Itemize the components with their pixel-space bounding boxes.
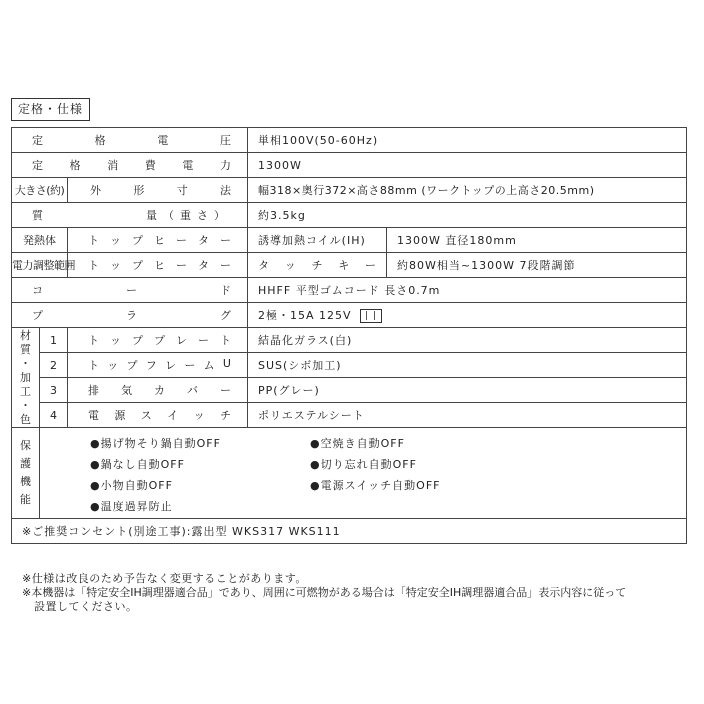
- materials-group-label: 材 質 ・ 加 工 ・ 色: [12, 328, 40, 428]
- heater-type-value: 誘導加熱コイル(IH): [248, 228, 387, 253]
- power-range-group-label: 電力調整範囲: [12, 253, 68, 278]
- row-rated-voltage: 定 格 電 圧 単相100V(50-60Hz): [12, 128, 687, 153]
- protection-item: ●揚げ物そり鍋自動OFF: [90, 435, 310, 452]
- power-range-control: タ ッ チ キ ー: [248, 257, 386, 273]
- plug-value: 2極・15A 125V | |: [248, 303, 687, 328]
- spec-table: 定 格 電 圧 単相100V(50-60Hz) 定 格 消 費 電 力 1300…: [11, 127, 687, 544]
- outlet-note: ※ご推奨コンセント(別途工事):露出型 WKS317 WKS111: [12, 519, 687, 544]
- row-rated-power: 定 格 消 費 電 力 1300W: [12, 153, 687, 178]
- heater-group-label: 発熱体: [12, 228, 68, 253]
- material-row: 材 質 ・ 加 工 ・ 色 1 ト ッ プ プ レ ー ト 結晶化ガラス(白): [12, 328, 687, 353]
- material-row: 2 ト ッ プ フ レ ー ム U SUS(シボ加工): [12, 353, 687, 378]
- rated-power-label: 定 格 消 費 電 力: [12, 157, 247, 173]
- rated-voltage-label: 定 格 電 圧: [12, 132, 247, 148]
- row-outlet-note: ※ご推奨コンセント(別途工事):露出型 WKS317 WKS111: [12, 519, 687, 544]
- row-power-range: 電力調整範囲 ト ッ プ ヒ ー タ ー タ ッ チ キ ー 約80W相当~13…: [12, 253, 687, 278]
- material-number: 3: [40, 378, 68, 403]
- heater-label: ト ッ プ ヒ ー タ ー: [68, 232, 247, 248]
- protection-item: ●切り忘れ自動OFF: [310, 456, 510, 473]
- protection-item: ●鍋なし自動OFF: [90, 456, 310, 473]
- weight-label: 質 量（重さ）: [12, 207, 247, 223]
- material-label: 電 源 ス イ ッ チ: [68, 407, 247, 423]
- footnote: ※仕様は改良のため予告なく変更することがあります。: [22, 572, 626, 586]
- rated-power-value: 1300W: [248, 153, 687, 178]
- protection-item: ●電源スイッチ自動OFF: [310, 477, 510, 494]
- footnote: 設置してください。: [22, 600, 626, 614]
- material-row: 3 排 気 カ バ ー PP(グレー): [12, 378, 687, 403]
- power-range-label: ト ッ プ ヒ ー タ ー: [68, 257, 247, 273]
- plug-symbol-icon: | |: [360, 309, 382, 323]
- dimensions-label: 外 形 寸 法: [68, 182, 247, 198]
- protection-item: [310, 498, 510, 515]
- material-number: 2: [40, 353, 68, 378]
- material-value: SUS(シボ加工): [248, 353, 687, 378]
- material-label: ト ッ プ フ レ ー ム U: [68, 357, 247, 373]
- plug-label: プ ラ グ: [12, 307, 247, 323]
- power-range-value: 約80W相当~1300W 7段階調節: [387, 253, 687, 278]
- weight-value: 約3.5kg: [248, 203, 687, 228]
- section-title: 定格・仕様: [11, 98, 90, 121]
- protection-group-label: 保 護 機 能: [12, 428, 40, 519]
- row-cord: コ ー ド HHFF 平型ゴムコード 長さ0.7m: [12, 278, 687, 303]
- row-protection: 保 護 機 能 ●揚げ物そり鍋自動OFF ●空焼き自動OFF ●鍋なし自動OFF…: [12, 428, 687, 519]
- dimensions-group-label: 大きさ(約): [12, 178, 68, 203]
- protection-item: ●空焼き自動OFF: [310, 435, 510, 452]
- cord-value: HHFF 平型ゴムコード 長さ0.7m: [248, 278, 687, 303]
- material-label: 排 気 カ バ ー: [68, 382, 247, 398]
- material-number: 4: [40, 403, 68, 428]
- row-weight: 質 量（重さ） 約3.5kg: [12, 203, 687, 228]
- heater-spec-value: 1300W 直径180mm: [387, 228, 687, 253]
- protection-item: ●小物自動OFF: [90, 477, 310, 494]
- material-value: 結晶化ガラス(白): [248, 328, 687, 353]
- row-heater: 発熱体 ト ッ プ ヒ ー タ ー 誘導加熱コイル(IH) 1300W 直径18…: [12, 228, 687, 253]
- material-value: PP(グレー): [248, 378, 687, 403]
- rated-voltage-value: 単相100V(50-60Hz): [248, 128, 687, 153]
- material-row: 4 電 源 ス イ ッ チ ポリエステルシート: [12, 403, 687, 428]
- material-number: 1: [40, 328, 68, 353]
- footnote: ※本機器は「特定安全IH調理器適合品」であり、周囲に可燃物がある場合は「特定安全…: [22, 586, 626, 600]
- cord-label: コ ー ド: [12, 282, 247, 298]
- protection-list: ●揚げ物そり鍋自動OFF ●空焼き自動OFF ●鍋なし自動OFF ●切り忘れ自動…: [40, 432, 686, 515]
- row-dimensions: 大きさ(約) 外 形 寸 法 幅318×奥行372×高さ88mm (ワークトップ…: [12, 178, 687, 203]
- material-value: ポリエステルシート: [248, 403, 687, 428]
- protection-item: ●温度過昇防止: [90, 498, 310, 515]
- row-plug: プ ラ グ 2極・15A 125V | |: [12, 303, 687, 328]
- footnotes: ※仕様は改良のため予告なく変更することがあります。 ※本機器は「特定安全IH調理…: [22, 572, 626, 614]
- dimensions-value: 幅318×奥行372×高さ88mm (ワークトップの上高さ20.5mm): [248, 178, 687, 203]
- material-label: ト ッ プ プ レ ー ト: [68, 332, 247, 348]
